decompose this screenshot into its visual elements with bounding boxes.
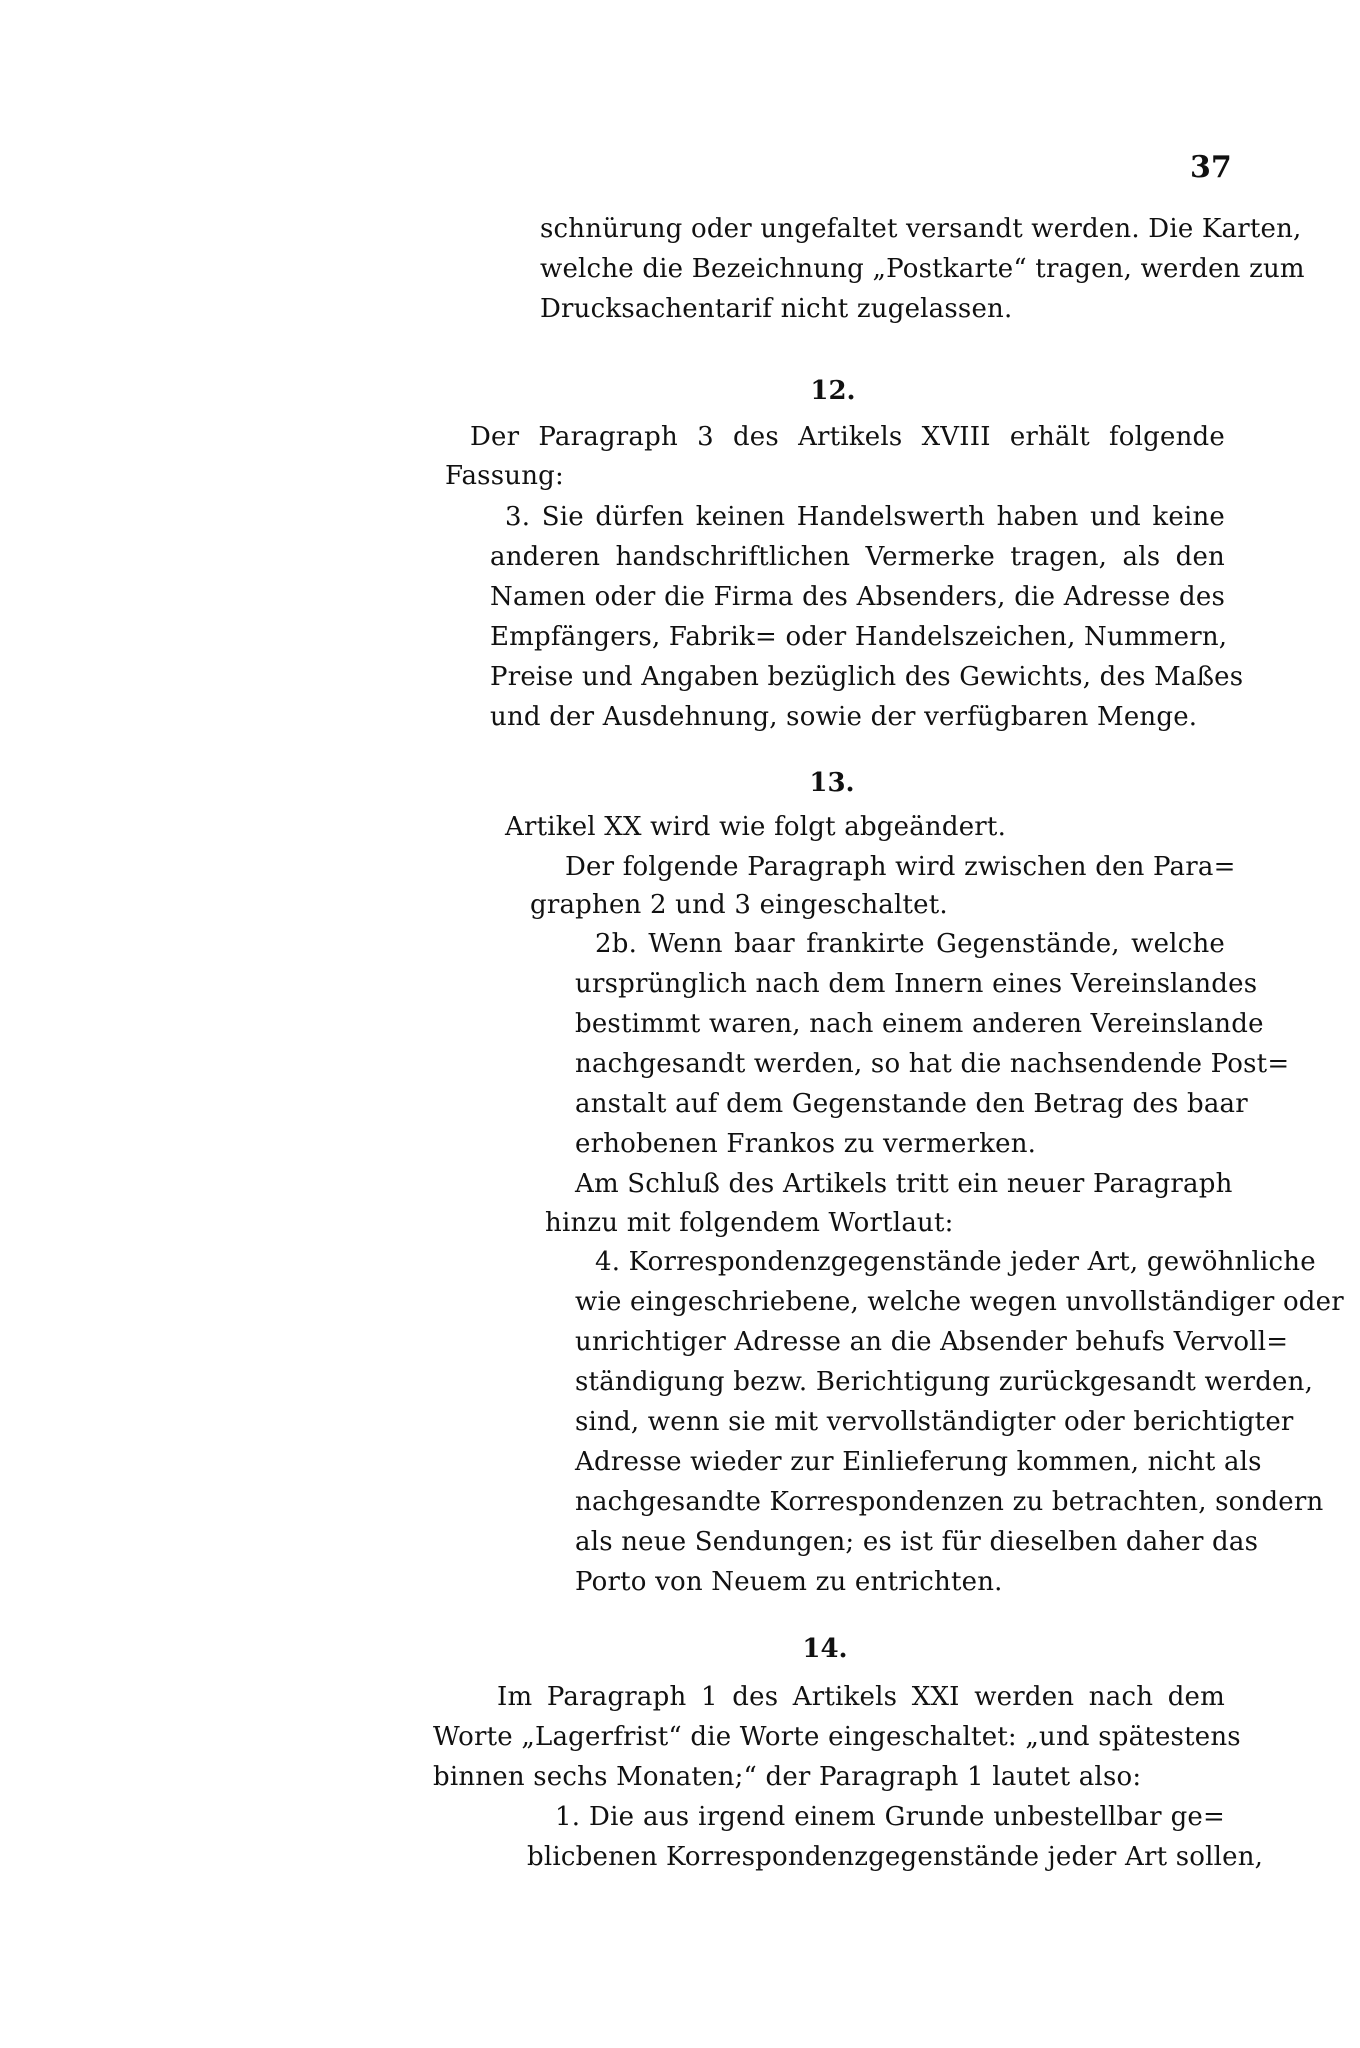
s13-insert-line-1: Der folgende Paragraph wird zwischen den… bbox=[565, 850, 1225, 884]
s12-quote-line-6: und der Ausdehnung, sowie der verfügbare… bbox=[490, 700, 1225, 734]
document-page: 37 schnürung oder ungefaltet versandt we… bbox=[0, 0, 1360, 2048]
s13-append-line-1: Am Schluß des Artikels tritt ein neuer P… bbox=[575, 1167, 1225, 1201]
section-heading-13: 13. bbox=[792, 768, 872, 798]
s13-para4-line-6: Adresse wieder zur Einlieferung kommen, … bbox=[575, 1445, 1225, 1479]
s12-quote-line-2: anderen handschriftlichen Vermerke trage… bbox=[490, 540, 1225, 574]
s13-append-line-2: hinzu mit folgendem Wortlaut: bbox=[545, 1206, 1045, 1240]
intro-line-1: schnürung oder ungefaltet versandt werde… bbox=[540, 212, 1225, 246]
s13-2b-line-4: nachgesandt werden, so hat die nachsende… bbox=[575, 1047, 1225, 1081]
s13-2b-line-1: 2b. Wenn baar frankirte Gegenstände, wel… bbox=[595, 927, 1225, 961]
s14-lead-line-2: Worte „Lagerfrist“ die Worte eingeschalt… bbox=[433, 1720, 1225, 1754]
s12-lead-line-2: Fassung: bbox=[445, 459, 745, 493]
s12-quote-line-4: Empfängers, Fabrik= oder Handelszeichen,… bbox=[490, 620, 1225, 654]
s13-para4-line-4: ständigung bezw. Berichtigung zurückgesa… bbox=[575, 1365, 1225, 1399]
intro-line-2: welche die Bezeichnung „Postkarte“ trage… bbox=[540, 252, 1225, 286]
s12-quote-line-5: Preise und Angaben bezüglich des Gewicht… bbox=[490, 660, 1225, 694]
s14-para1-line-1: 1. Die aus irgend einem Grunde unbestell… bbox=[555, 1800, 1225, 1834]
s12-lead-line-1: Der Paragraph 3 des Artikels XVIII erhäl… bbox=[470, 420, 1225, 454]
section-heading-14: 14. bbox=[785, 1634, 865, 1664]
s13-2b-line-6: erhobenen Frankos zu vermerken. bbox=[575, 1127, 1225, 1161]
s12-quote-line-1: 3. Sie dürfen keinen Handelswerth haben … bbox=[505, 500, 1225, 534]
s13-para4-line-7: nachgesandte Korrespondenzen zu betracht… bbox=[575, 1485, 1225, 1519]
s13-para4-line-3: unrichtiger Adresse an die Absender behu… bbox=[575, 1325, 1225, 1359]
s13-para4-line-2: wie eingeschriebene, welche wegen unvoll… bbox=[575, 1285, 1225, 1319]
intro-line-3: Drucksachentarif nicht zugelassen. bbox=[540, 292, 1225, 326]
s13-2b-line-5: anstalt auf dem Gegenstande den Betrag d… bbox=[575, 1087, 1225, 1121]
s13-para4-line-5: sind, wenn sie mit vervollständigter ode… bbox=[575, 1405, 1225, 1439]
s13-insert-line-2: graphen 2 und 3 eingeschaltet. bbox=[530, 888, 1030, 922]
s13-para4-line-1: 4. Korrespondenzgegenstände jeder Art, g… bbox=[595, 1245, 1225, 1279]
s12-quote-line-3: Namen oder die Firma des Absenders, die … bbox=[490, 580, 1225, 614]
s14-lead-line-3: binnen sechs Monaten;“ der Paragraph 1 l… bbox=[433, 1760, 1225, 1794]
s13-para4-line-9: Porto von Neuem zu entrichten. bbox=[575, 1565, 1225, 1599]
section-heading-12: 12. bbox=[793, 376, 873, 406]
s13-2b-line-3: bestimmt waren, nach einem anderen Verei… bbox=[575, 1007, 1225, 1041]
s13-2b-line-2: ursprünglich nach dem Innern eines Verei… bbox=[575, 967, 1225, 1001]
s14-lead-line-1: Im Paragraph 1 des Artikels XXI werden n… bbox=[497, 1680, 1225, 1714]
page-number: 37 bbox=[1190, 150, 1232, 185]
s13-lead: Artikel XX wird wie folgt abgeändert. bbox=[505, 810, 1105, 844]
s13-para4-line-8: als neue Sendungen; es ist für dieselben… bbox=[575, 1525, 1225, 1559]
s14-para1-line-2: blicbenen Korrespondenzgegenstände jeder… bbox=[527, 1840, 1225, 1874]
